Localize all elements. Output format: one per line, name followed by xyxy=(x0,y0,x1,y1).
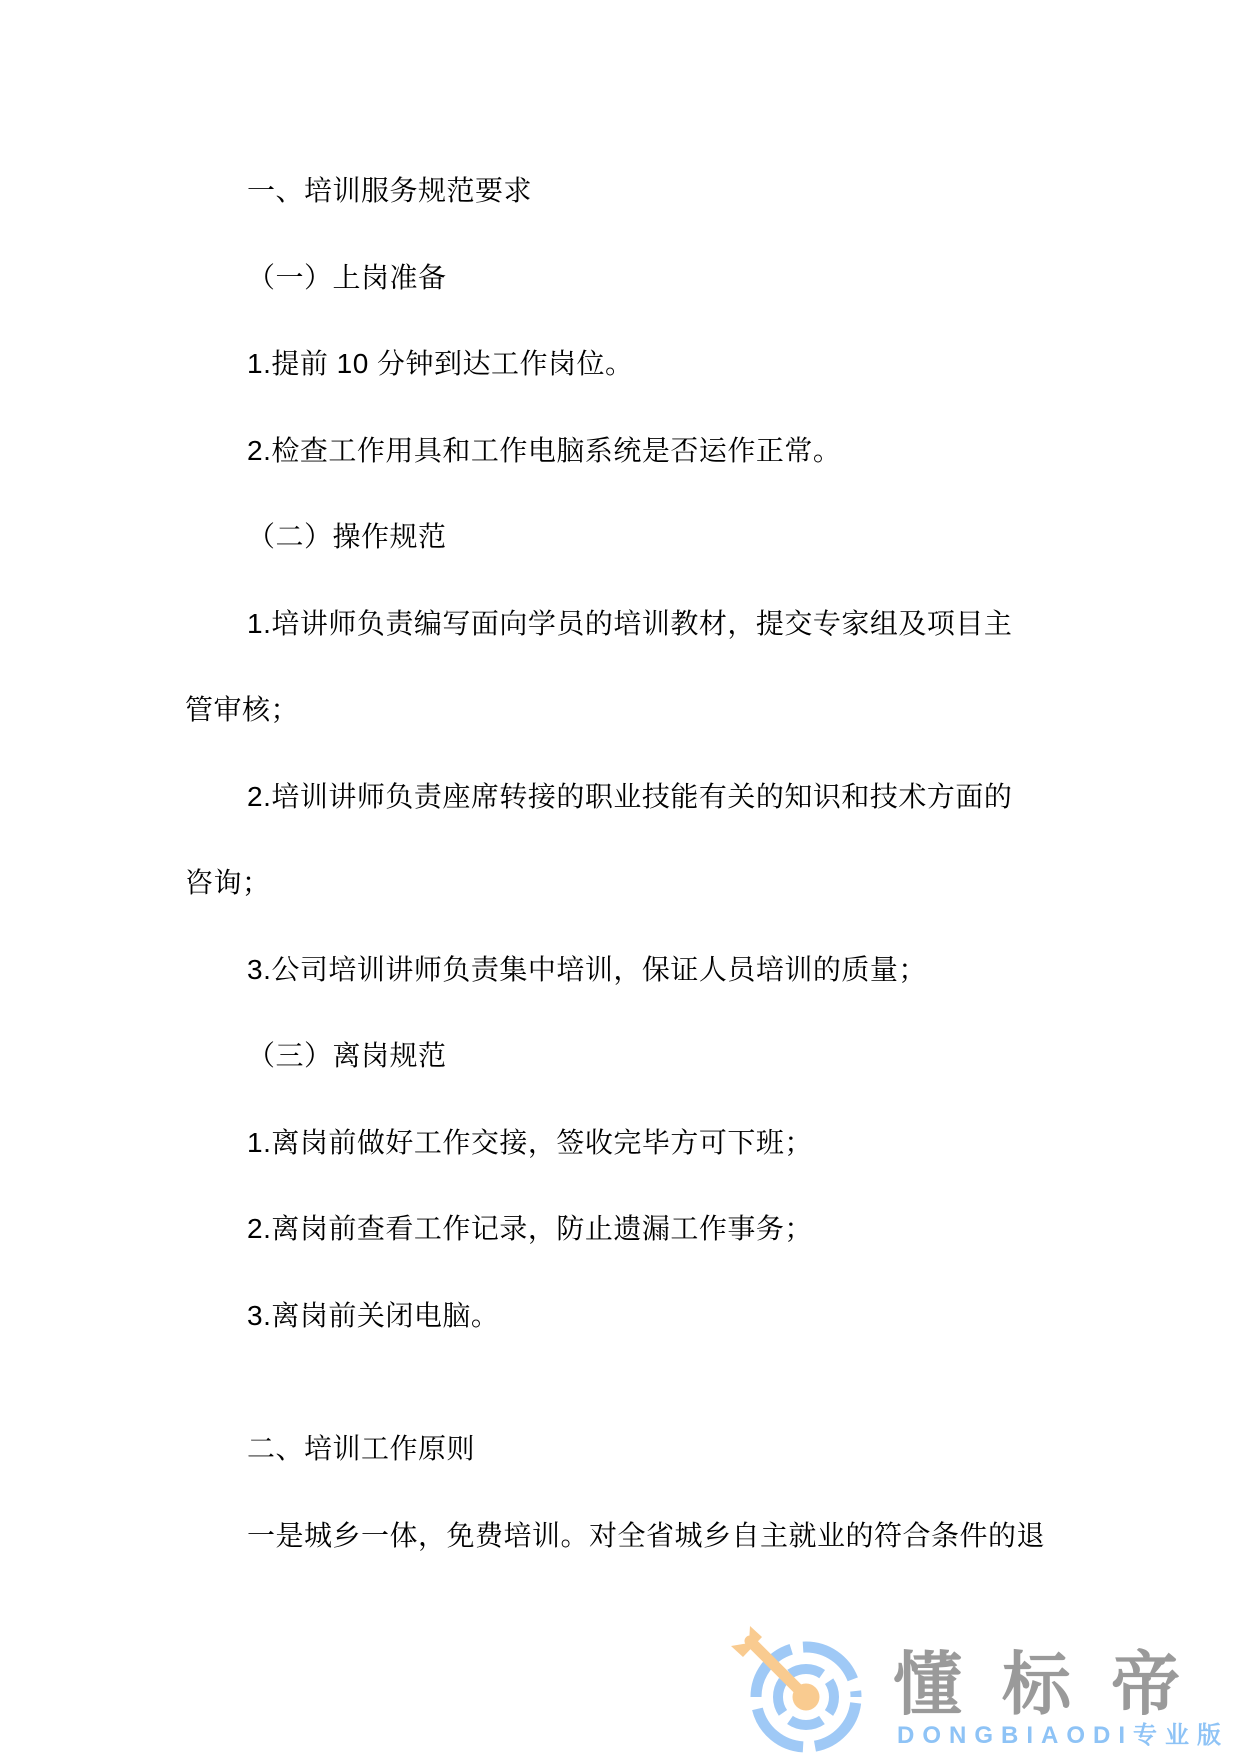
doc-line: （一）上岗准备 xyxy=(185,235,1085,322)
doc-line: （二）操作规范 xyxy=(185,494,1085,581)
doc-line: 咨询； xyxy=(185,840,1085,927)
doc-line: 二、培训工作原则 xyxy=(185,1406,1085,1493)
doc-line: （三）离岗规范 xyxy=(185,1013,1085,1100)
target-arrow-icon xyxy=(720,1620,870,1754)
doc-line: 1.离岗前做好工作交接，签收完毕方可下班； xyxy=(185,1100,1085,1187)
doc-line: 2.离岗前查看工作记录，防止遗漏工作事务； xyxy=(185,1186,1085,1273)
doc-line: 管审核； xyxy=(185,667,1085,754)
doc-line: 一是城乡一体，免费培训。对全省城乡自主就业的符合条件的退 xyxy=(185,1493,1085,1580)
doc-line: 2.检查工作用具和工作电脑系统是否运作正常。 xyxy=(185,408,1085,495)
blank-line xyxy=(185,1359,1085,1406)
document-body: 一、培训服务规范要求（一）上岗准备1.提前 10 分钟到达工作岗位。2.检查工作… xyxy=(185,148,1085,1579)
doc-line: 1.培讲师负责编写面向学员的培训教材，提交专家组及项目主 xyxy=(185,581,1085,668)
brand-name-en-latin: DONGBIAODI xyxy=(897,1722,1133,1749)
doc-line: 3.离岗前关闭电脑。 xyxy=(185,1273,1085,1360)
brand-name-en: DONGBIAODI专业版 xyxy=(897,1724,1229,1748)
doc-line: 3.公司培训讲师负责集中培训，保证人员培训的质量； xyxy=(185,927,1085,1014)
doc-line: 1.提前 10 分钟到达工作岗位。 xyxy=(185,321,1085,408)
brand-name-suffix: 专业版 xyxy=(1133,1722,1229,1749)
doc-line: 一、培训服务规范要求 xyxy=(185,148,1085,235)
doc-line: 2.培训讲师负责座席转接的职业技能有关的知识和技术方面的 xyxy=(185,754,1085,841)
brand-name-cn: 懂标帝 xyxy=(893,1650,1220,1719)
bullseye-dot xyxy=(793,1684,820,1711)
